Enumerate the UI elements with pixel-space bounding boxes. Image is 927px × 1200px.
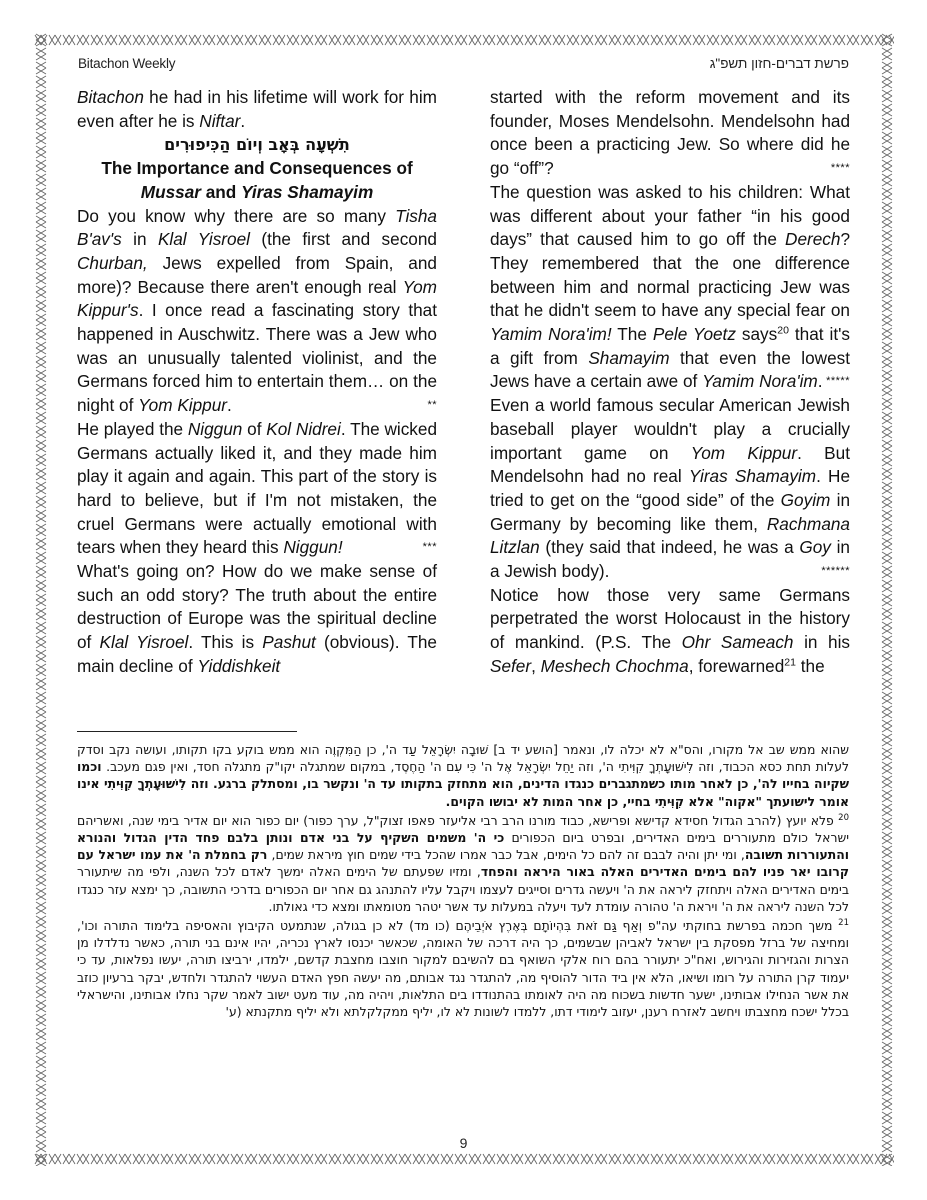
text-run: , [531, 656, 541, 676]
text-run: Kol Nidrei [266, 419, 341, 439]
text-run: Yamim Nora'im [702, 371, 818, 391]
text-run: and [201, 182, 241, 202]
footnote-number: 21 [838, 918, 849, 928]
decorative-border-left [34, 33, 48, 1166]
right-paragraphs: started with the reform movement and its… [490, 86, 850, 679]
running-header: Bitachon Weekly פרשת דברים-חזון תשפ"ג [78, 56, 849, 76]
footnote-number: 20 [838, 813, 849, 823]
text-run: Niggun! [283, 537, 342, 557]
intro-paragraph: Bitachon he had in his lifetime will wor… [77, 86, 437, 133]
text-run: He played the [77, 419, 188, 439]
left-column: Bitachon he had in his lifetime will wor… [77, 86, 437, 679]
decorative-border-top [34, 33, 894, 47]
section-divider-stars: *** [423, 536, 437, 560]
text-run: Derech [785, 229, 840, 249]
text-run: Do you know why there are so many [77, 206, 395, 226]
text-run: . [240, 111, 245, 131]
footnote: שהוא ממש שב אל מקורו, והס"א לא יכלה לו, … [77, 741, 849, 810]
footnote-separator [77, 731, 297, 732]
text-run: Yom Kippur [138, 395, 227, 415]
text-run: the [796, 656, 825, 676]
parsha-title: פרשת דברים-חזון תשפ"ג [710, 56, 849, 71]
text-run: Sefer [490, 656, 531, 676]
text-run: (they said that indeed, he was a [540, 537, 800, 557]
section-heading-hebrew: תִשְׁעָה בְּאָב וְיוֹם הַכִּיפוּרִים [77, 133, 437, 157]
page-number: 9 [0, 1135, 927, 1151]
text-run: Shamayim [588, 348, 669, 368]
body-paragraph: started with the reform movement and its… [490, 86, 850, 181]
text-run: Klal Yisroel [158, 229, 250, 249]
text-run: , forewarned [689, 656, 785, 676]
left-paragraphs: Do you know why there are so many Tisha … [77, 205, 437, 679]
footnote: 21 משך חכמה בפרשת בחוקתי עה"פ וְאַף גַּם… [77, 917, 849, 1020]
section-divider-stars: **** [831, 157, 850, 181]
text-run: Churban, [77, 253, 148, 273]
decorative-border-bottom [34, 1152, 894, 1166]
body-paragraph: The question was asked to his children: … [490, 181, 850, 394]
text-run: Yiras Shamayim [689, 466, 816, 486]
text-run: , ומי יתן והיה לבבם זה להם כל הימים, אבל… [267, 847, 745, 862]
body-paragraph: Even a world famous secular American Jew… [490, 394, 850, 584]
section-heading-english-line1: The Importance and Consequences of [77, 157, 437, 181]
section-divider-stars: ****** [821, 560, 850, 584]
decorative-border-right [880, 33, 894, 1166]
body-paragraph: What's going on? How do we make sense of… [77, 560, 437, 679]
text-run: Yom Kippur [691, 443, 797, 463]
body-paragraph: Do you know why there are so many Tisha … [77, 205, 437, 418]
text-run: Niggun [188, 419, 242, 439]
footnote: 20 פלא יועץ (להרב הגדול חסידא קדישא ופרי… [77, 812, 849, 915]
text-run: Yiras Shamayim [241, 182, 373, 202]
text-run: Pashut [262, 632, 316, 652]
text-run: Yamim Nora'im! [490, 324, 612, 344]
document-page: Bitachon Weekly פרשת דברים-חזון תשפ"ג Bi… [0, 0, 927, 1200]
text-run: שהוא ממש שב אל מקורו, והס"א לא יכלה לו, … [77, 742, 849, 774]
text-run: The [612, 324, 653, 344]
footnote-reference: 20 [777, 324, 789, 336]
text-run: of [242, 419, 266, 439]
text-run: . This is [188, 632, 262, 652]
text-run: Goy [799, 537, 831, 557]
footnotes: שהוא ממש שב אל מקורו, והס"א לא יכלה לו, … [77, 741, 849, 1022]
right-column: started with the reform movement and its… [490, 86, 850, 679]
text-run: . The wicked Germans actually liked it, … [77, 419, 437, 558]
text-run: (the first and second [250, 229, 437, 249]
text-run: . [227, 395, 232, 415]
text-run: Niftar [199, 111, 240, 131]
text-run: Mussar [141, 182, 201, 202]
section-divider-stars: ** [427, 394, 437, 418]
text-run: Meshech Chochma [541, 656, 689, 676]
body-paragraph: Notice how those very same Germans perpe… [490, 584, 850, 679]
text-run: Bitachon [77, 87, 144, 107]
body-paragraph: He played the Niggun of Kol Nidrei. The … [77, 418, 437, 560]
section-divider-stars: ***** [826, 370, 850, 394]
text-run: in [122, 229, 158, 249]
text-run: Ohr Sameach [682, 632, 794, 652]
text-run: Yiddishkeit [197, 656, 280, 676]
text-run: משך חכמה בפרשת בחוקתי עה"פ וְאַף גַּם זֹ… [77, 918, 849, 1019]
text-run: Klal Yisroel [100, 632, 189, 652]
text-run: says [736, 324, 777, 344]
footnote-reference: 21 [784, 656, 796, 668]
text-run: Pele Yoetz [653, 324, 736, 344]
text-run: in his [794, 632, 851, 652]
text-run: started with the reform movement and its… [490, 87, 850, 178]
text-run: Goyim [781, 490, 831, 510]
section-heading-english-line2: Mussar and Yiras Shamayim [77, 181, 437, 205]
text-run: . [818, 371, 823, 391]
publication-title: Bitachon Weekly [78, 56, 175, 71]
